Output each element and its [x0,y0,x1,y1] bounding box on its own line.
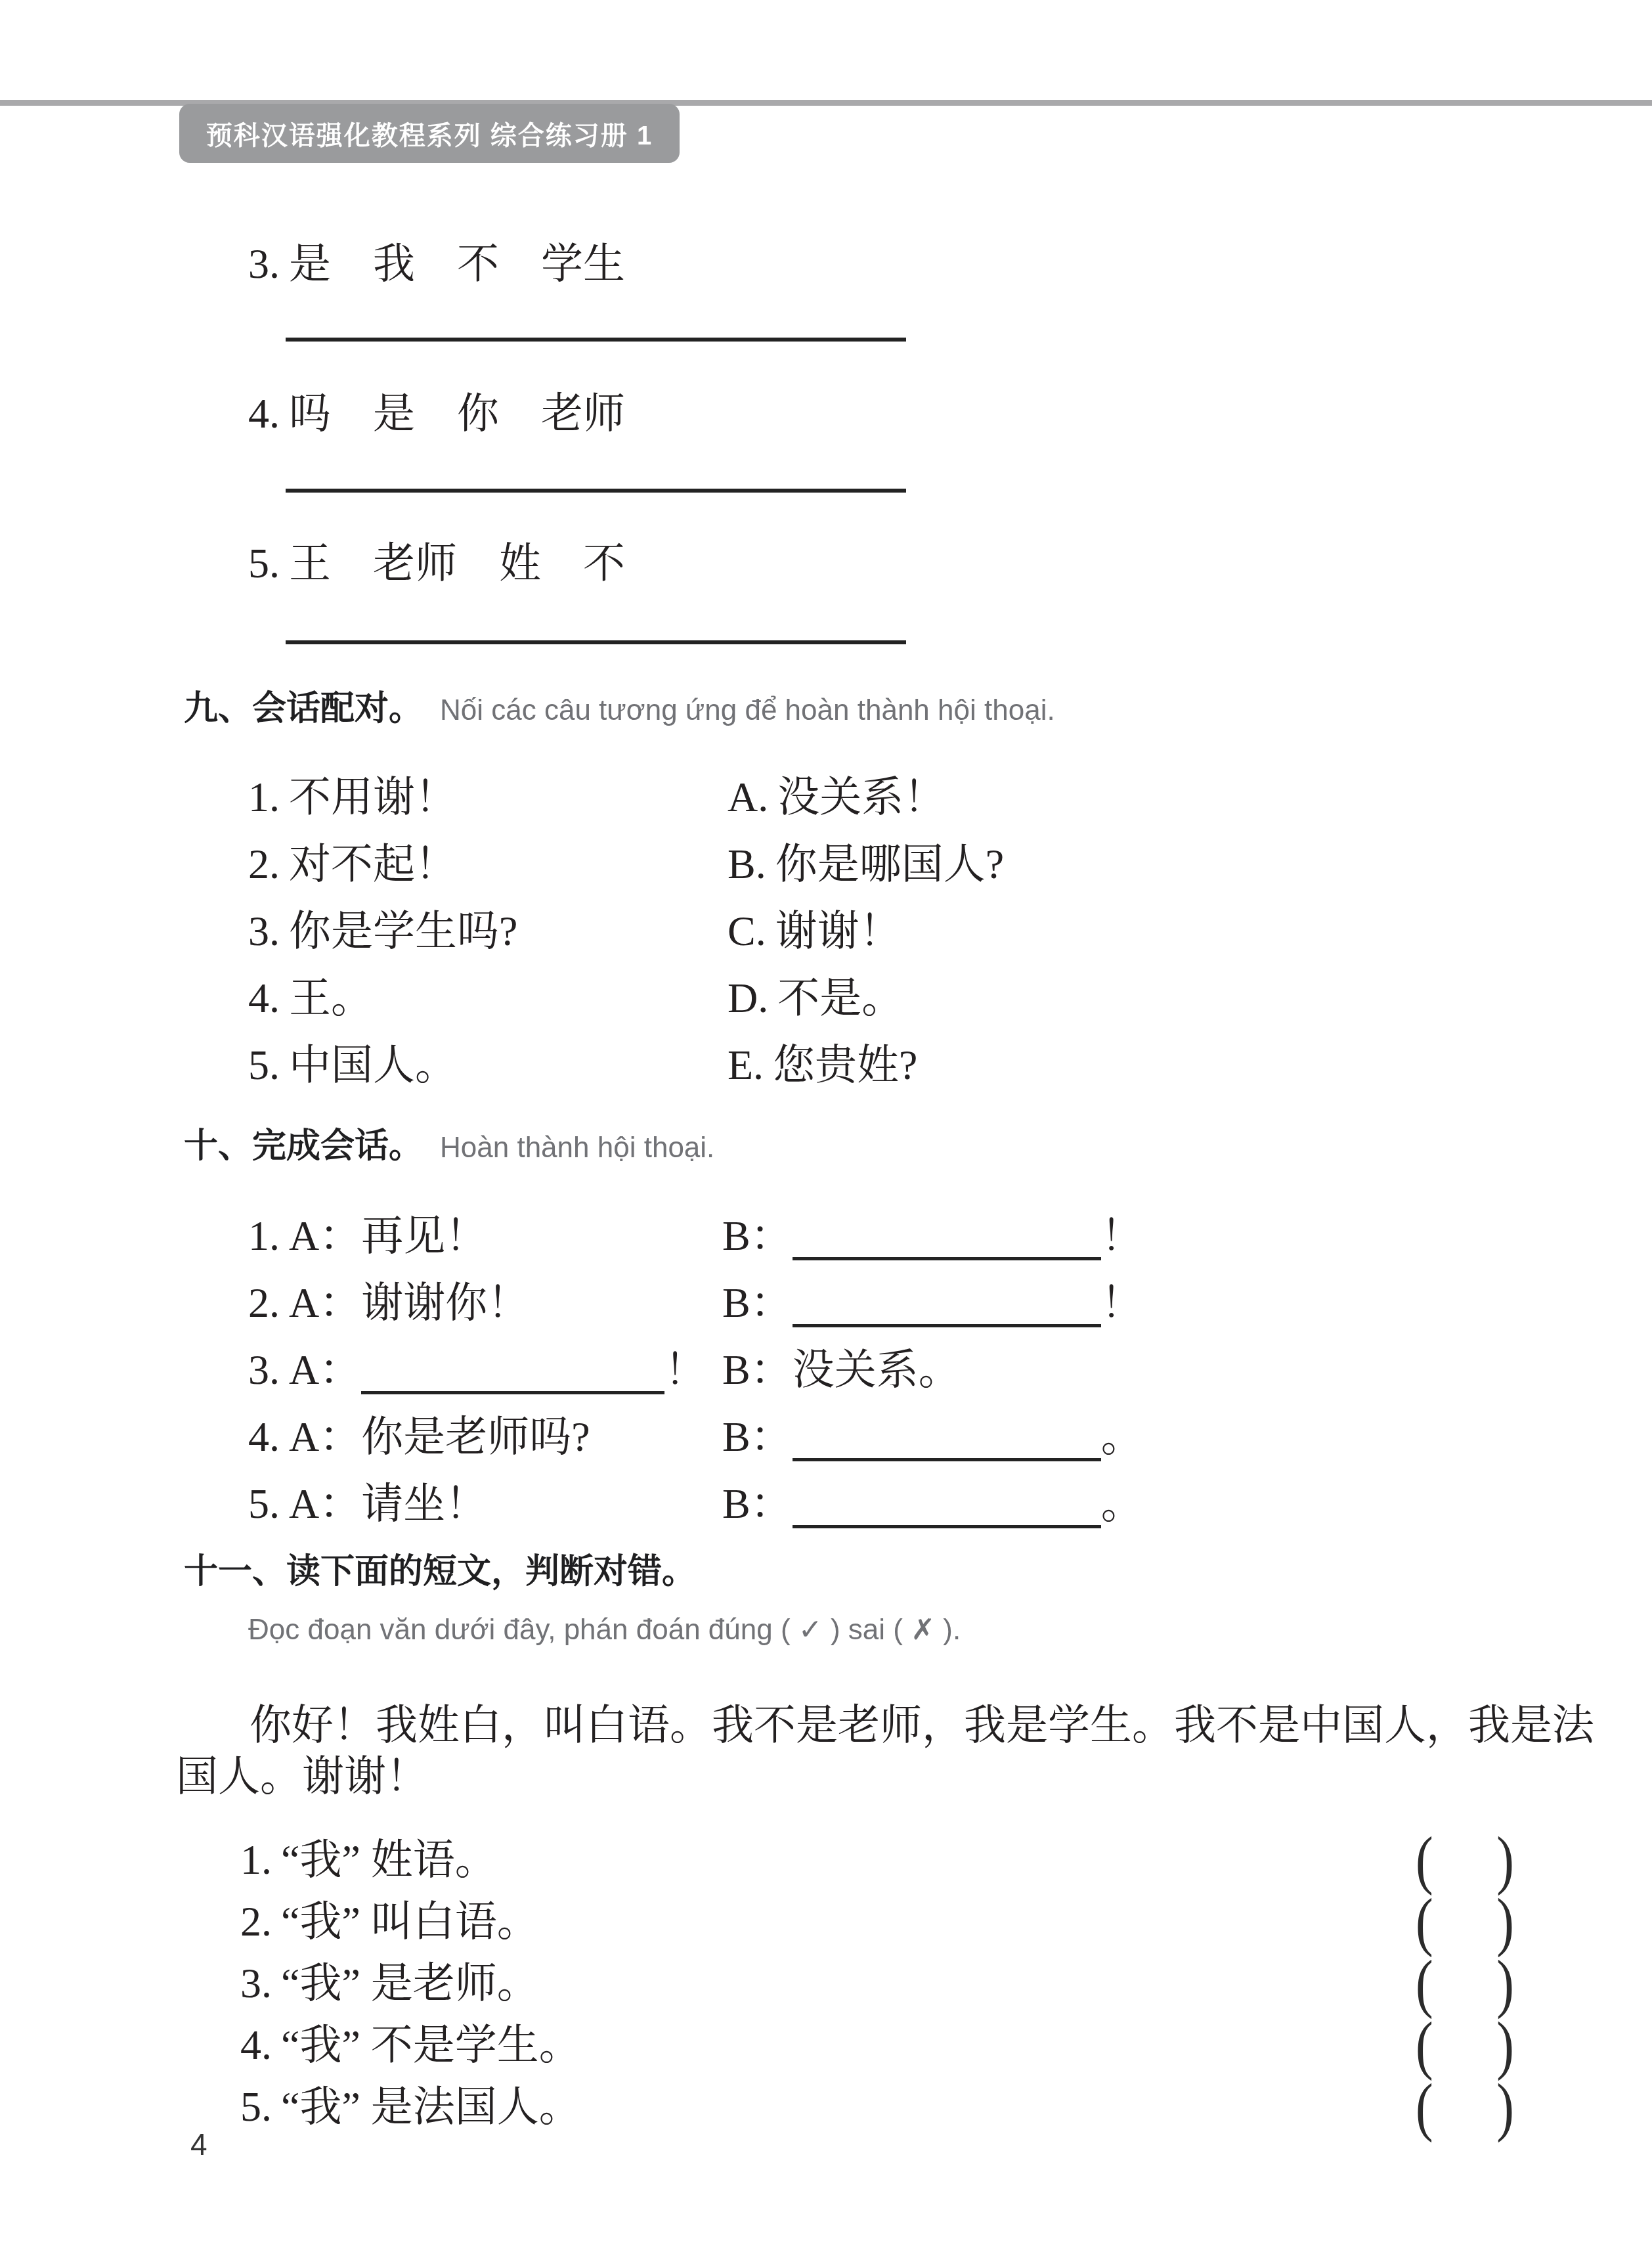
answer-line [286,640,906,644]
match-right: C.谢谢！ [728,904,902,959]
item-number: 5. [240,2079,272,2135]
speaker-b: B：！ [722,1275,1143,1331]
tf-item: 4.“我” 不是学生。 [240,2018,581,2073]
dialog-row: 1.A：再见！ B：！ [248,1208,487,1264]
section-title-zh: 十一、读下面的短文，判断对错。 [184,1553,696,1591]
speaker-b: B：没关系。 [722,1342,961,1398]
tf-item: 1.“我” 姓语。 [240,1832,497,1888]
blank-end-punct: 。 [1101,1413,1143,1460]
section-title-vi: Nối các câu tương ứng để hoàn thành hội … [440,694,1055,726]
dialog-row: 5.A：请坐！ B：。 [248,1476,487,1532]
tf-text: “我” 是老师。 [281,1960,539,2006]
item-number: 3. [240,1956,272,2011]
item-number: 3. [248,236,280,292]
passage-line: 国人。谢谢！ [176,1751,1594,1802]
match-right: E.您贵姓? [728,1038,918,1093]
item-number: 5. [248,1038,280,1093]
speaker-b: B：。 [722,1476,1143,1532]
item-number: 5. [248,1476,280,1532]
header-badge: 预科汉语强化教程系列 综合练习册 1 [179,104,680,163]
blank-end-punct: 。 [1101,1480,1143,1527]
match-row: 2.对不起！ B.你是哪国人? [248,837,457,892]
blank-end-punct: ！ [1101,1279,1143,1326]
workbook-page: 预科汉语强化教程系列 综合练习册 1 3.是 我 不 学生 4.吗 是 你 老师… [0,0,1652,2258]
dialog-row: 2.A：谢谢你！ B：！ [248,1275,529,1331]
tf-text: “我” 姓语。 [281,1836,497,1883]
section-title-zh: 九、会话配对。 [184,690,423,728]
item-number: 2. [240,1894,272,1949]
passage-line: 你好！我姓白，叫白语。我不是老师，我是学生。我不是中国人，我是法 [176,1700,1594,1751]
item-number: 2. [248,1275,280,1331]
answer-parens: () [1416,1832,1514,1888]
tf-text: “我” 不是学生。 [281,2022,581,2068]
tf-text: “我” 叫白语。 [281,1898,539,1945]
match-right: A.没关系！ [728,770,946,825]
item-number: 1. [240,1832,272,1888]
answer-parens: () [1416,1956,1514,2011]
item-letter: C. [728,904,766,959]
item-number: 4. [248,971,280,1026]
speaker-a: 5.A：请坐！ [248,1480,487,1527]
tf-item: 2.“我” 叫白语。 [240,1894,539,1949]
item-words: 是 我 不 学生 [289,240,625,287]
item-letter: E. [728,1038,764,1093]
item-letter: A. [728,770,768,825]
match-row: 1.不用谢！ A.没关系！ [248,770,457,825]
answer-line [286,338,906,342]
tf-item: 5.“我” 是法国人。 [240,2079,581,2135]
item-number: 2. [248,837,280,892]
speaker-b: B：！ [722,1208,1143,1264]
item-number: 1. [248,1208,280,1264]
item-words: 吗 是 你 老师 [289,390,625,437]
section-11-title: 十一、读下面的短文，判断对错。 [184,1551,696,1601]
answer-parens: () [1416,1894,1514,1949]
header-badge-label: 预科汉语强化教程系列 综合练习册 1 [206,115,653,152]
section-title-zh: 十、完成会话。 [184,1127,423,1165]
item-letter: D. [728,971,768,1026]
speaker-b: B：。 [722,1409,1143,1465]
passage: 你好！我姓白，叫白语。我不是老师，我是学生。我不是中国人，我是法 国人。谢谢！ [176,1700,1594,1802]
item-number: 3. [248,904,280,959]
answer-blank [793,1495,1101,1528]
blank-end-punct: ！ [664,1346,706,1393]
dialog-row: 3.A：！ B：没关系。 [248,1342,706,1398]
dialog-row: 4.A：你是老师吗? B：。 [248,1409,590,1465]
item-number: 1. [248,770,280,825]
word-order-item: 5.王 老师 姓 不 [248,536,625,591]
item-number: 4. [240,2018,272,2073]
match-row: 3.你是学生吗? C.谢谢！ [248,904,517,959]
speaker-a: 3.A：！ [248,1346,706,1393]
tf-item: 3.“我” 是老师。 [240,1956,539,2011]
item-number: 4. [248,386,280,441]
match-left: 2.对不起！ [248,841,457,887]
page-number: 4 [190,2127,207,2162]
blank-end-punct: ！ [1101,1212,1143,1259]
match-row: 4.王。 D.不是。 [248,971,373,1026]
item-number: 3. [248,1342,280,1398]
section-9-title: 九、会话配对。Nối các câu tương ứng để hoàn thà… [184,688,1055,738]
match-left: 5.中国人。 [248,1042,457,1088]
answer-blank [793,1227,1101,1260]
answer-parens: () [1416,2079,1514,2135]
match-left: 1.不用谢！ [248,774,457,820]
speaker-a: 2.A：谢谢你！ [248,1279,529,1326]
match-left: 3.你是学生吗? [248,908,517,954]
section-title-vi: Đọc đoạn văn dưới đây, phán đoán đúng ( … [248,1612,961,1649]
speaker-a: 1.A：再见！ [248,1212,487,1259]
item-number: 4. [248,1409,280,1465]
section-title-vi: Hoàn thành hội thoại. [440,1132,714,1164]
match-row: 5.中国人。 E.您贵姓? [248,1038,457,1093]
item-letter: B. [728,837,766,892]
answer-parens: () [1416,2018,1514,2073]
tf-text: “我” 是法国人。 [281,2083,581,2130]
answer-line [286,489,906,493]
answer-blank [361,1361,664,1394]
answer-blank [793,1428,1101,1461]
section-10-title: 十、完成会话。Hoàn thành hội thoại. [184,1126,714,1175]
item-words: 王 老师 姓 不 [289,540,625,587]
speaker-a: 4.A：你是老师吗? [248,1413,590,1460]
match-left: 4.王。 [248,975,373,1021]
match-right: B.你是哪国人? [728,837,1004,892]
answer-blank [793,1294,1101,1327]
word-order-item: 4.吗 是 你 老师 [248,386,625,441]
item-number: 5. [248,536,280,591]
match-right: D.不是。 [728,971,903,1026]
word-order-item: 3.是 我 不 学生 [248,236,625,292]
